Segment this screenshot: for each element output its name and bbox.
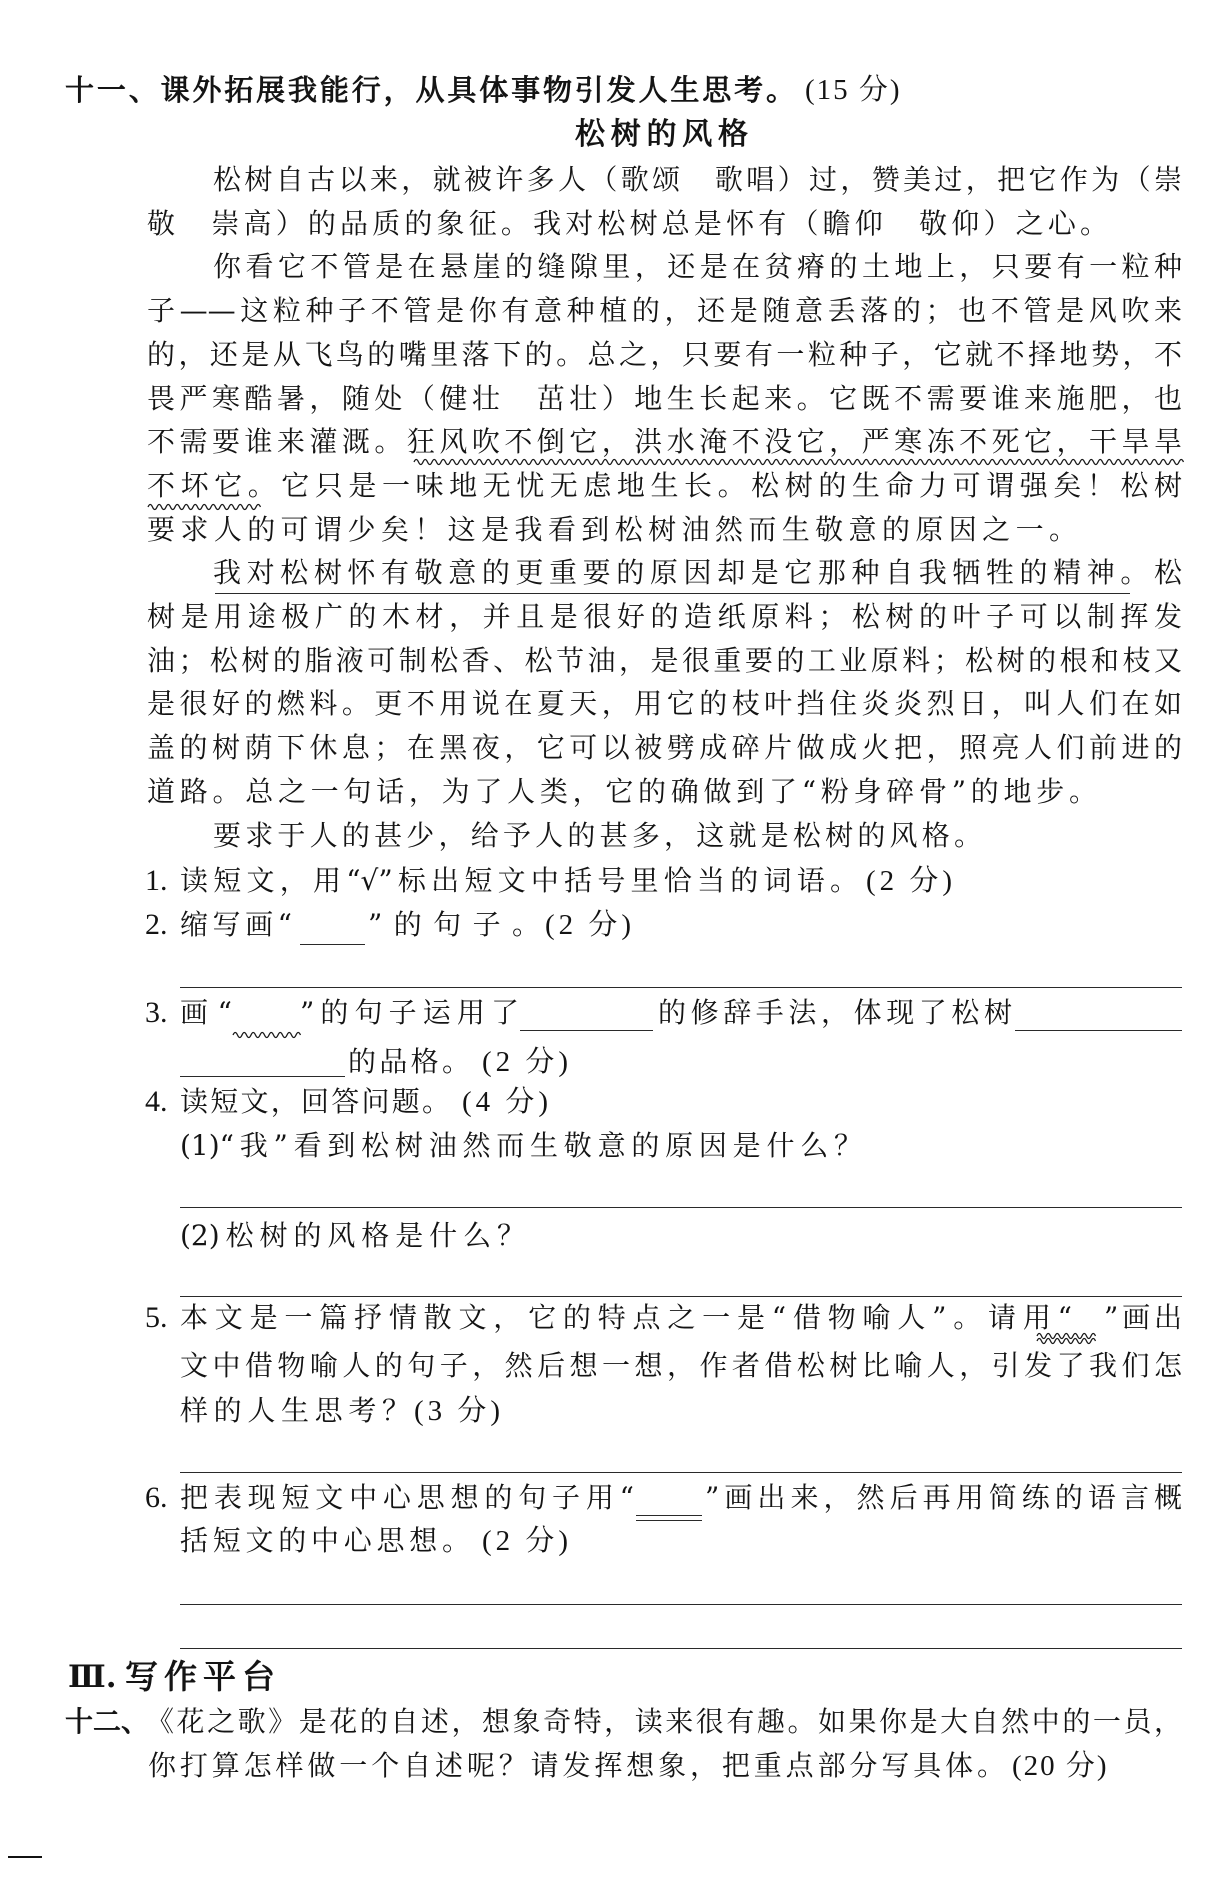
question-2-text-after: ”的句子。 — [368, 905, 540, 945]
passage-line: 树是用途极广的木材，并且是很好的造纸原料；松树的叶子可以制挥发 — [147, 597, 1182, 637]
question-5-line-1b: ”画出 — [1104, 1298, 1182, 1338]
question-6-line-2: 括短文的中心思想。 — [180, 1521, 470, 1561]
question-2-score: (2 分) — [545, 905, 635, 945]
fill-in-blank-quality — [1015, 1030, 1182, 1031]
fill-in-blank-rhetoric — [520, 1030, 653, 1031]
section-III-title: 写作平台 — [125, 1657, 275, 1697]
passage-line: 我对松树怀有敬意的更重要的原因却是它那种自我牺牲的精神。松 — [213, 553, 1182, 593]
section-12-line-1: 《花之歌》是花的自述，想象奇特，读来很有趣。如果你是大自然中的一员， — [146, 1702, 1182, 1742]
wavy-underline-mark — [148, 502, 261, 512]
wavy-underlined-sentence: 狂风吹不倒它，洪水淹不没它，严寒冻不死它，干旱旱 — [407, 425, 1182, 458]
answer-line — [180, 1207, 1182, 1208]
answer-line — [180, 1472, 1182, 1473]
worksheet-page: 十一、课外拓展我能行，从具体事物引发人生思考。 (15 分) 松树的风格 松树自… — [0, 0, 1212, 1899]
straight-underline-mark — [215, 593, 1130, 594]
question-4-score: (4 分) — [462, 1082, 552, 1122]
passage-line: 是很好的燃料。更不用说在夏天，用它的枝叶挡住炎炎烈日，叫人们在如 — [147, 684, 1182, 724]
page-footer-dash — [8, 1856, 42, 1858]
passage-text: 它只是一味地无忧无虑地生长。松树的生命力可谓强矣！松树 — [281, 469, 1182, 502]
double-line-symbol-bottom — [636, 1520, 702, 1521]
question-6-number: 6. — [145, 1478, 168, 1518]
straight-underlined-sentence: 我对松树怀有敬意的更重要的原因却是它那种自我牺牲的精神。 — [213, 556, 1154, 589]
question-5-score: (3 分) — [414, 1391, 504, 1431]
question-3-score: (2 分) — [482, 1042, 572, 1082]
passage-line: 要求人的可谓少矣！这是我看到松树油然而生敬意的原因之一。 — [147, 510, 1077, 550]
section-12-line-2: 你打算怎样做一个自述呢？请发挥想象，把重点部分写具体。 — [148, 1746, 1005, 1786]
question-3-text-b: ”的句子运用了 — [300, 993, 519, 1033]
question-2-number: 2. — [145, 905, 168, 945]
double-line-symbol-top — [636, 1515, 702, 1516]
answer-line — [180, 1604, 1182, 1605]
section-12-label: 十二、 — [65, 1702, 149, 1742]
fill-in-blank-quality-cont — [180, 1076, 345, 1077]
passage-line: 道路。总之一句话，为了人类，它的确做到了“粉身碎骨”的地步。 — [147, 772, 1097, 812]
question-5-line-3: 样的人生思考？ — [180, 1391, 410, 1431]
question-3-text-c: 的修辞手法，体现了松树 — [658, 993, 1012, 1033]
question-4-sub-1: (1)“我”看到松树油然而生敬意的原因是什么？ — [180, 1126, 862, 1166]
answer-line — [180, 1648, 1182, 1649]
passage-line: 松树自古以来，就被许多人（歌颂 歌唱）过，赞美过，把它作为（崇 — [213, 160, 1182, 200]
section-12-score: (20 分) — [1012, 1746, 1109, 1786]
question-1-text: 读短文，用“√”标出短文中括号里恰当的词语。 — [180, 861, 858, 901]
passage-line: 敬 崇高）的品质的象征。我对松树总是怀有（瞻仰 敬仰）之心。 — [147, 204, 1108, 244]
wavy-underline-mark — [414, 457, 1182, 467]
question-3-text-d: 的品格。 — [348, 1042, 470, 1082]
answer-line — [180, 987, 1182, 988]
question-1-score: (2 分) — [866, 861, 956, 901]
question-3-number: 3. — [145, 993, 168, 1033]
wavy-underlined-sentence: 不坏它。 — [147, 469, 281, 502]
passage-text: 松 — [1154, 556, 1182, 589]
double-wavy-line-symbol — [1037, 1333, 1095, 1345]
passage-line: 盖的树荫下休息；在黑夜，它可以被劈成碎片做成火把，照亮人们前进的 — [147, 728, 1182, 768]
section-III-numeral: Ⅲ. — [68, 1657, 117, 1697]
passage-line: 畏严寒酷暑，随处（健壮 茁壮）地生长起来。它既不需要谁来施肥，也 — [147, 379, 1182, 419]
passage-line: 不坏它。它只是一味地无忧无虑地生长。松树的生命力可谓强矣！松树 — [147, 466, 1182, 506]
section-11-score: (15 分) — [805, 70, 902, 110]
question-4-sub-2: (2)松树的风格是什么？ — [180, 1216, 525, 1256]
passage-line: 油；松树的脂液可制松香、松节油，是很重要的工业原料；松树的根和枝又 — [147, 641, 1182, 681]
article-title: 松树的风格 — [575, 115, 748, 155]
question-5-line-2: 文中借物喻人的句子，然后想一想，作者借松树比喻人，引发了我们怎 — [180, 1346, 1182, 1386]
question-5-line-1a: 本文是一篇抒情散文，它的特点之一是“借物喻人”。请用“ — [180, 1298, 1072, 1338]
question-1-number: 1. — [145, 861, 168, 901]
section-11-heading: 十一、课外拓展我能行，从具体事物引发人生思考。 — [65, 70, 795, 110]
question-5-number: 5. — [145, 1298, 168, 1338]
passage-line: 你看它不管是在悬崖的缝隙里，还是在贫瘠的土地上，只要有一粒种 — [213, 247, 1182, 287]
question-6-score: (2 分) — [482, 1521, 572, 1561]
question-3-text-a: 画“ — [180, 993, 232, 1033]
question-2-text-before: 缩写画“ — [180, 905, 292, 945]
wavy-line-symbol — [233, 1030, 297, 1040]
question-4-text: 读短文，回答问题。 — [180, 1082, 450, 1122]
passage-line: 要求于人的甚少，给予人的甚多，这就是松树的风格。 — [213, 816, 982, 856]
question-6-line-1a: 把表现短文中心思想的句子用“ — [180, 1478, 634, 1518]
passage-line: 子——这粒种子不管是你有意种植的，还是随意丢落的；也不管是风吹来 — [147, 291, 1182, 331]
straight-line-symbol — [300, 944, 365, 945]
answer-line — [180, 1296, 1182, 1297]
question-6-line-1b: ”画出来，然后再用简练的语言概 — [705, 1478, 1182, 1518]
question-4-number: 4. — [145, 1082, 168, 1122]
passage-line: 的，还是从飞鸟的嘴里落下的。总之，只要有一粒种子，它就不择地势，不 — [147, 335, 1182, 375]
passage-text: 不需要谁来灌溉。 — [147, 425, 407, 458]
